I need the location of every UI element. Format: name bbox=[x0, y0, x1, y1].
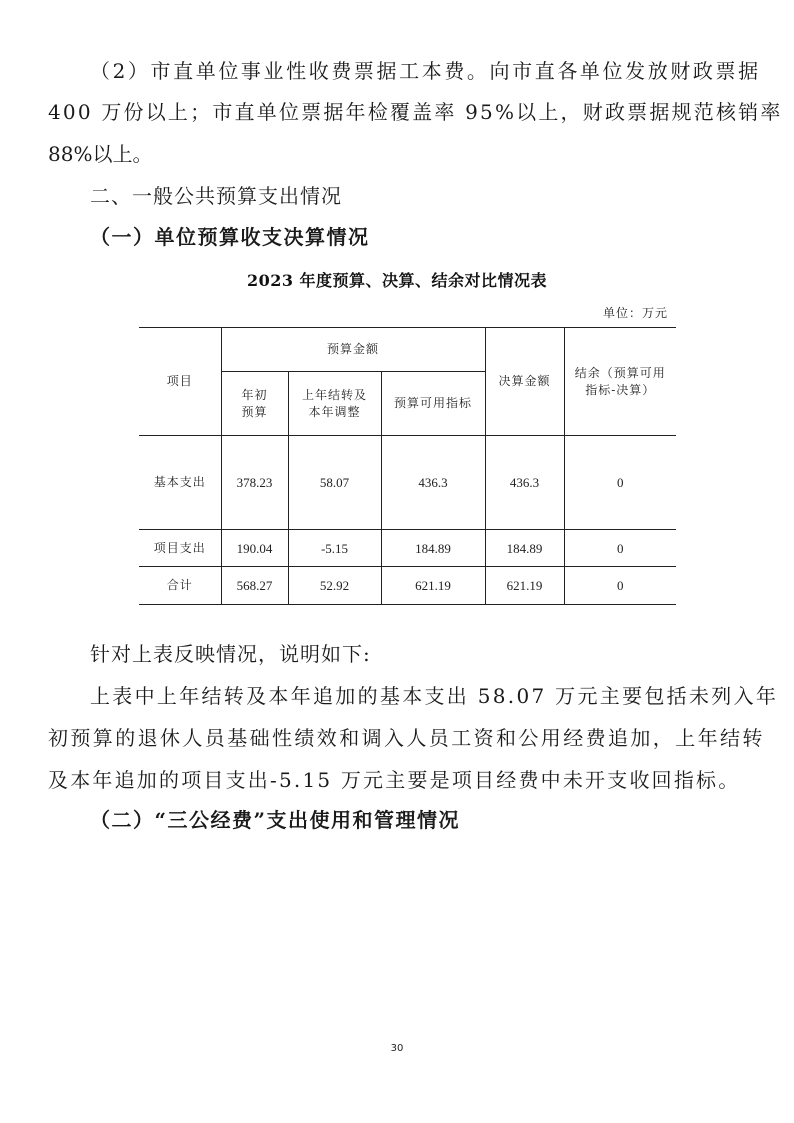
header-balance-line1: 结余（预算可用 bbox=[565, 365, 677, 382]
table-row: 项目支出 190.04 -5.15 184.89 184.89 0 bbox=[139, 530, 676, 567]
header-budget-amount: 预算金额 bbox=[221, 328, 485, 372]
cell-balance: 0 bbox=[564, 530, 676, 567]
header-balance: 结余（预算可用 指标-决算） bbox=[564, 328, 676, 436]
paragraph-line: 及本年追加的项目支出-5.15 万元主要是项目经费中未开支收回指标。 bbox=[48, 766, 740, 794]
budget-comparison-table: 项目 预算金额 决算金额 结余（预算可用 指标-决算） 年初 预算 上年结转及 … bbox=[139, 327, 676, 605]
header-final-amount: 决算金额 bbox=[485, 328, 564, 436]
header-carryover-line1: 上年结转及 bbox=[289, 387, 381, 404]
table-row-total: 合计 568.27 52.92 621.19 621.19 0 bbox=[139, 567, 676, 605]
document-page: （2）市直单位事业性收费票据工本费。向市直各单位发放财政票据 400 万份以上；… bbox=[0, 0, 794, 1123]
table-title: 2023 年度预算、决算、结余对比情况表 bbox=[0, 268, 794, 291]
cell-item: 项目支出 bbox=[139, 530, 221, 567]
paragraph-line: 88%以上。 bbox=[48, 140, 152, 168]
header-initial-budget-line2: 预算 bbox=[222, 404, 288, 421]
cell-carryover: 52.92 bbox=[288, 567, 381, 605]
header-carryover-line2: 本年调整 bbox=[289, 404, 381, 421]
subsection-heading: （二）“三公经费”支出使用和管理情况 bbox=[90, 806, 460, 834]
cell-carryover: -5.15 bbox=[288, 530, 381, 567]
cell-available: 436.3 bbox=[381, 436, 485, 530]
paragraph-line: 上表中上年结转及本年追加的基本支出 58.07 万元主要包括未列入年 bbox=[90, 682, 778, 710]
table-row: 基本支出 378.23 58.07 436.3 436.3 0 bbox=[139, 436, 676, 530]
header-initial-budget-line1: 年初 bbox=[222, 387, 288, 404]
cell-balance: 0 bbox=[564, 436, 676, 530]
cell-final: 184.89 bbox=[485, 530, 564, 567]
cell-available: 184.89 bbox=[381, 530, 485, 567]
cell-item: 基本支出 bbox=[139, 436, 221, 530]
header-item: 项目 bbox=[139, 328, 221, 436]
header-available: 预算可用指标 bbox=[381, 372, 485, 436]
cell-final: 621.19 bbox=[485, 567, 564, 605]
page-number: 30 bbox=[0, 1043, 794, 1054]
paragraph-line: 400 万份以上；市直单位票据年检覆盖率 95%以上，财政票据规范核销率 bbox=[48, 98, 783, 126]
cell-initial: 190.04 bbox=[221, 530, 288, 567]
note-intro: 针对上表反映情况，说明如下: bbox=[90, 640, 371, 668]
section-heading: 二、一般公共预算支出情况 bbox=[90, 182, 342, 210]
header-balance-line2: 指标-决算） bbox=[565, 382, 677, 399]
cell-balance: 0 bbox=[564, 567, 676, 605]
cell-final: 436.3 bbox=[485, 436, 564, 530]
cell-initial: 568.27 bbox=[221, 567, 288, 605]
cell-initial: 378.23 bbox=[221, 436, 288, 530]
table-unit: 单位：万元 bbox=[603, 304, 668, 321]
paragraph-line: （2）市直单位事业性收费票据工本费。向市直各单位发放财政票据 bbox=[90, 57, 761, 85]
cell-item: 合计 bbox=[139, 567, 221, 605]
cell-carryover: 58.07 bbox=[288, 436, 381, 530]
header-carryover: 上年结转及 本年调整 bbox=[288, 372, 381, 436]
paragraph-line: 初预算的退休人员基础性绩效和调入人员工资和公用经费追加，上年结转 bbox=[48, 724, 765, 752]
subsection-heading: （一）单位预算收支决算情况 bbox=[90, 223, 370, 251]
cell-available: 621.19 bbox=[381, 567, 485, 605]
header-initial-budget: 年初 预算 bbox=[221, 372, 288, 436]
